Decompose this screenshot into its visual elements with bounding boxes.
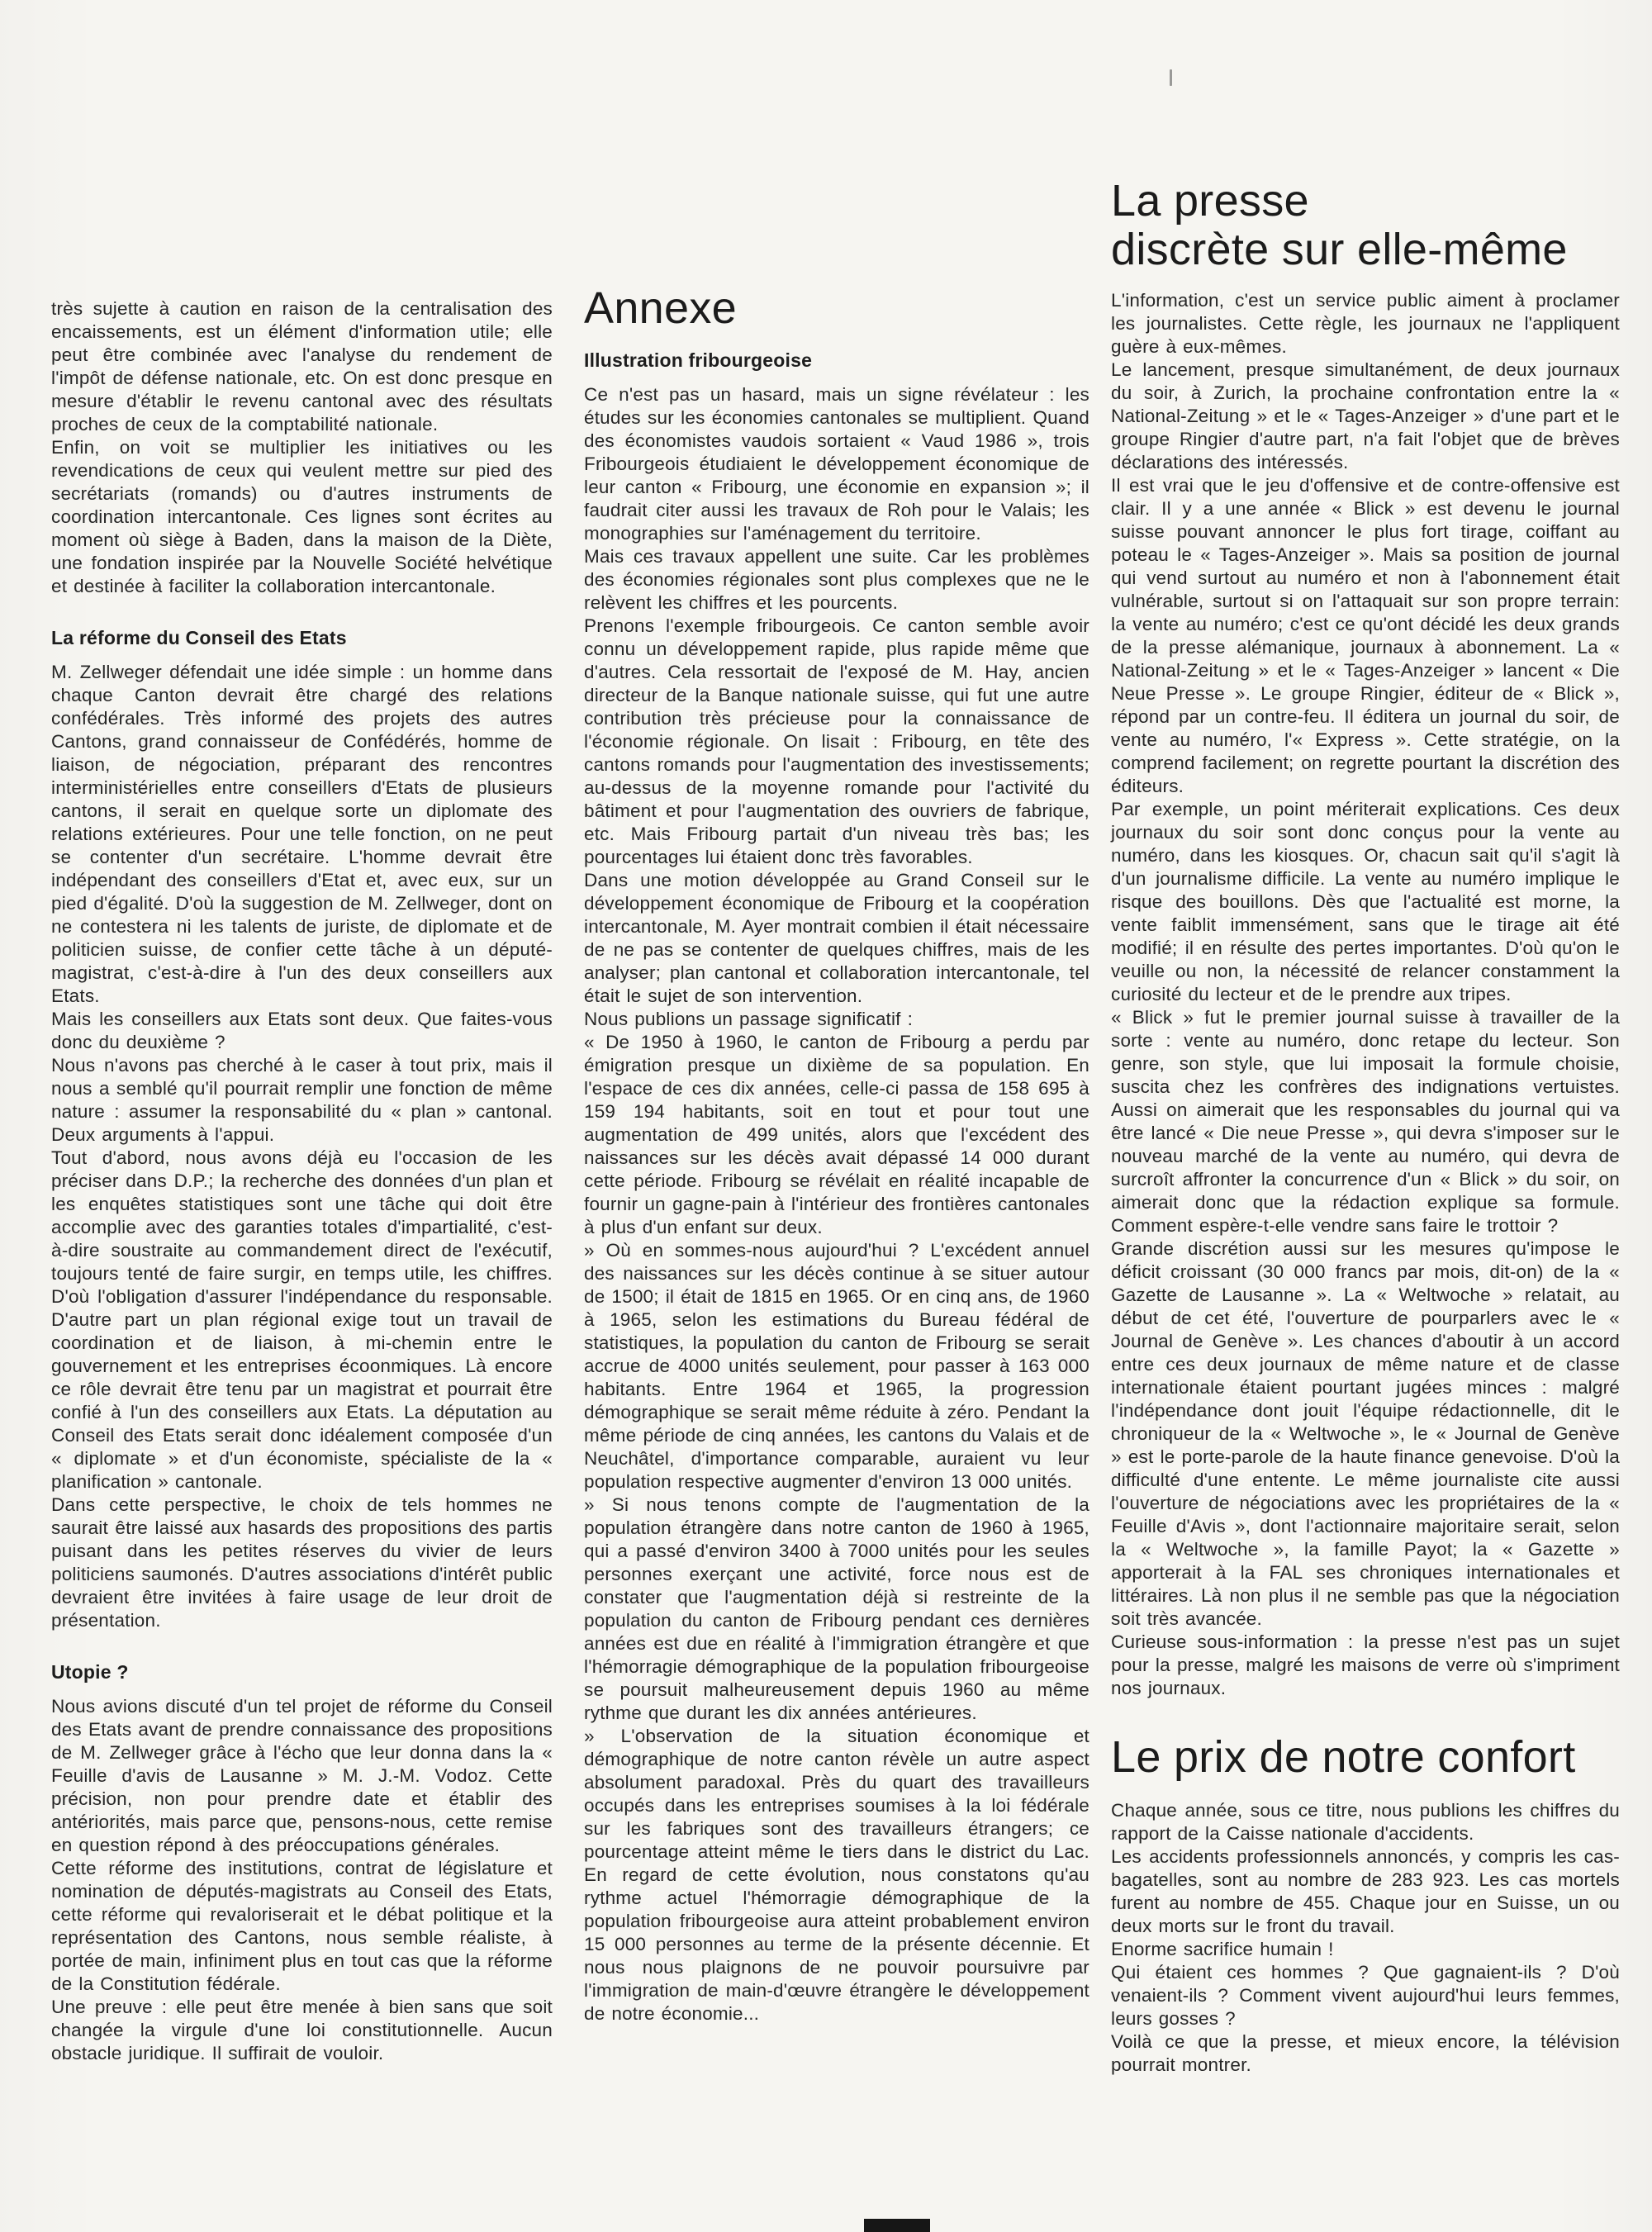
paragraph: Tout d'abord, nous avons déjà eu l'occas… — [51, 1147, 553, 1494]
paragraph: Enfin, on voit se multiplier les initiat… — [51, 436, 553, 598]
paragraph: Voilà ce que la presse, et mieux encore,… — [1111, 2030, 1620, 2077]
paragraph: Les accidents professionnels annoncés, y… — [1111, 1845, 1620, 1938]
paragraph: Curieuse sous-information : la presse n'… — [1111, 1631, 1620, 1700]
paragraph: Nous n'avons pas cherché à le caser à to… — [51, 1054, 553, 1147]
paragraph: Prenons l'exemple fribourgeois. Ce canto… — [584, 615, 1089, 869]
middle-column: Annexe Illustration fribourgeoise Ce n'e… — [584, 284, 1089, 2025]
paragraph: L'information, c'est un service public a… — [1111, 289, 1620, 359]
paragraph: Le lancement, presque simultanément, de … — [1111, 359, 1620, 474]
paragraph: Enorme sacrifice humain ! — [1111, 1938, 1620, 1961]
paragraph: Mais ces travaux appellent une suite. Ca… — [584, 545, 1089, 615]
paragraph: M. Zellweger défendait une idée simple :… — [51, 661, 553, 1008]
section-heading-illustration: Illustration fribourgeoise — [584, 349, 1089, 372]
paragraph: Une preuve : elle peut être menée à bien… — [51, 1996, 553, 2065]
paragraph: très sujette à caution en raison de la c… — [51, 297, 553, 436]
paragraph: Mais les conseillers aux Etats sont deux… — [51, 1008, 553, 1054]
paragraph: « De 1950 à 1960, le canton de Fribourg … — [584, 1031, 1089, 1239]
paragraph: Ce n'est pas un hasard, mais un signe ré… — [584, 383, 1089, 545]
paragraph: Il est vrai que le jeu d'offensive et de… — [1111, 474, 1620, 798]
end-of-article-mark — [864, 2219, 930, 2232]
left-column: très sujette à caution en raison de la c… — [51, 297, 553, 2065]
paragraph: Par exemple, un point mériterait explica… — [1111, 798, 1620, 1006]
section-title-prix-confort: Le prix de notre confort — [1111, 1733, 1620, 1781]
paragraph: Dans une motion développée au Grand Cons… — [584, 869, 1089, 1008]
page-title: La presse discrète sur elle-même — [1111, 177, 1640, 274]
paragraph: Grande discrétion aussi sur les mesures … — [1111, 1237, 1620, 1631]
section-title-annexe: Annexe — [584, 284, 1089, 332]
newspaper-page: La presse discrète sur elle-même très su… — [0, 0, 1652, 2232]
paragraph: » Si nous tenons compte de l'augmentatio… — [584, 1494, 1089, 1725]
paragraph: Chaque année, sous ce titre, nous publio… — [1111, 1799, 1620, 1845]
paragraph: Cette réforme des institutions, contrat … — [51, 1857, 553, 1996]
paragraph: » Où en sommes-nous aujourd'hui ? L'excé… — [584, 1239, 1089, 1494]
paragraph: « Blick » fut le premier journal suisse … — [1111, 1006, 1620, 1237]
scan-artifact-line — [1170, 69, 1172, 86]
right-column: L'information, c'est un service public a… — [1111, 289, 1620, 2077]
paragraph: Qui étaient ces hommes ? Que gagnaient-i… — [1111, 1961, 1620, 2030]
paragraph: » L'observation de la situation économiq… — [584, 1725, 1089, 2025]
paragraph: Nous avions discuté d'un tel projet de r… — [51, 1695, 553, 1857]
paragraph: Nous publions un passage significatif : — [584, 1008, 1089, 1031]
paragraph: Dans cette perspective, le choix de tels… — [51, 1494, 553, 1632]
section-heading-reforme: La réforme du Conseil des Etats — [51, 626, 553, 649]
section-heading-utopie: Utopie ? — [51, 1660, 553, 1683]
